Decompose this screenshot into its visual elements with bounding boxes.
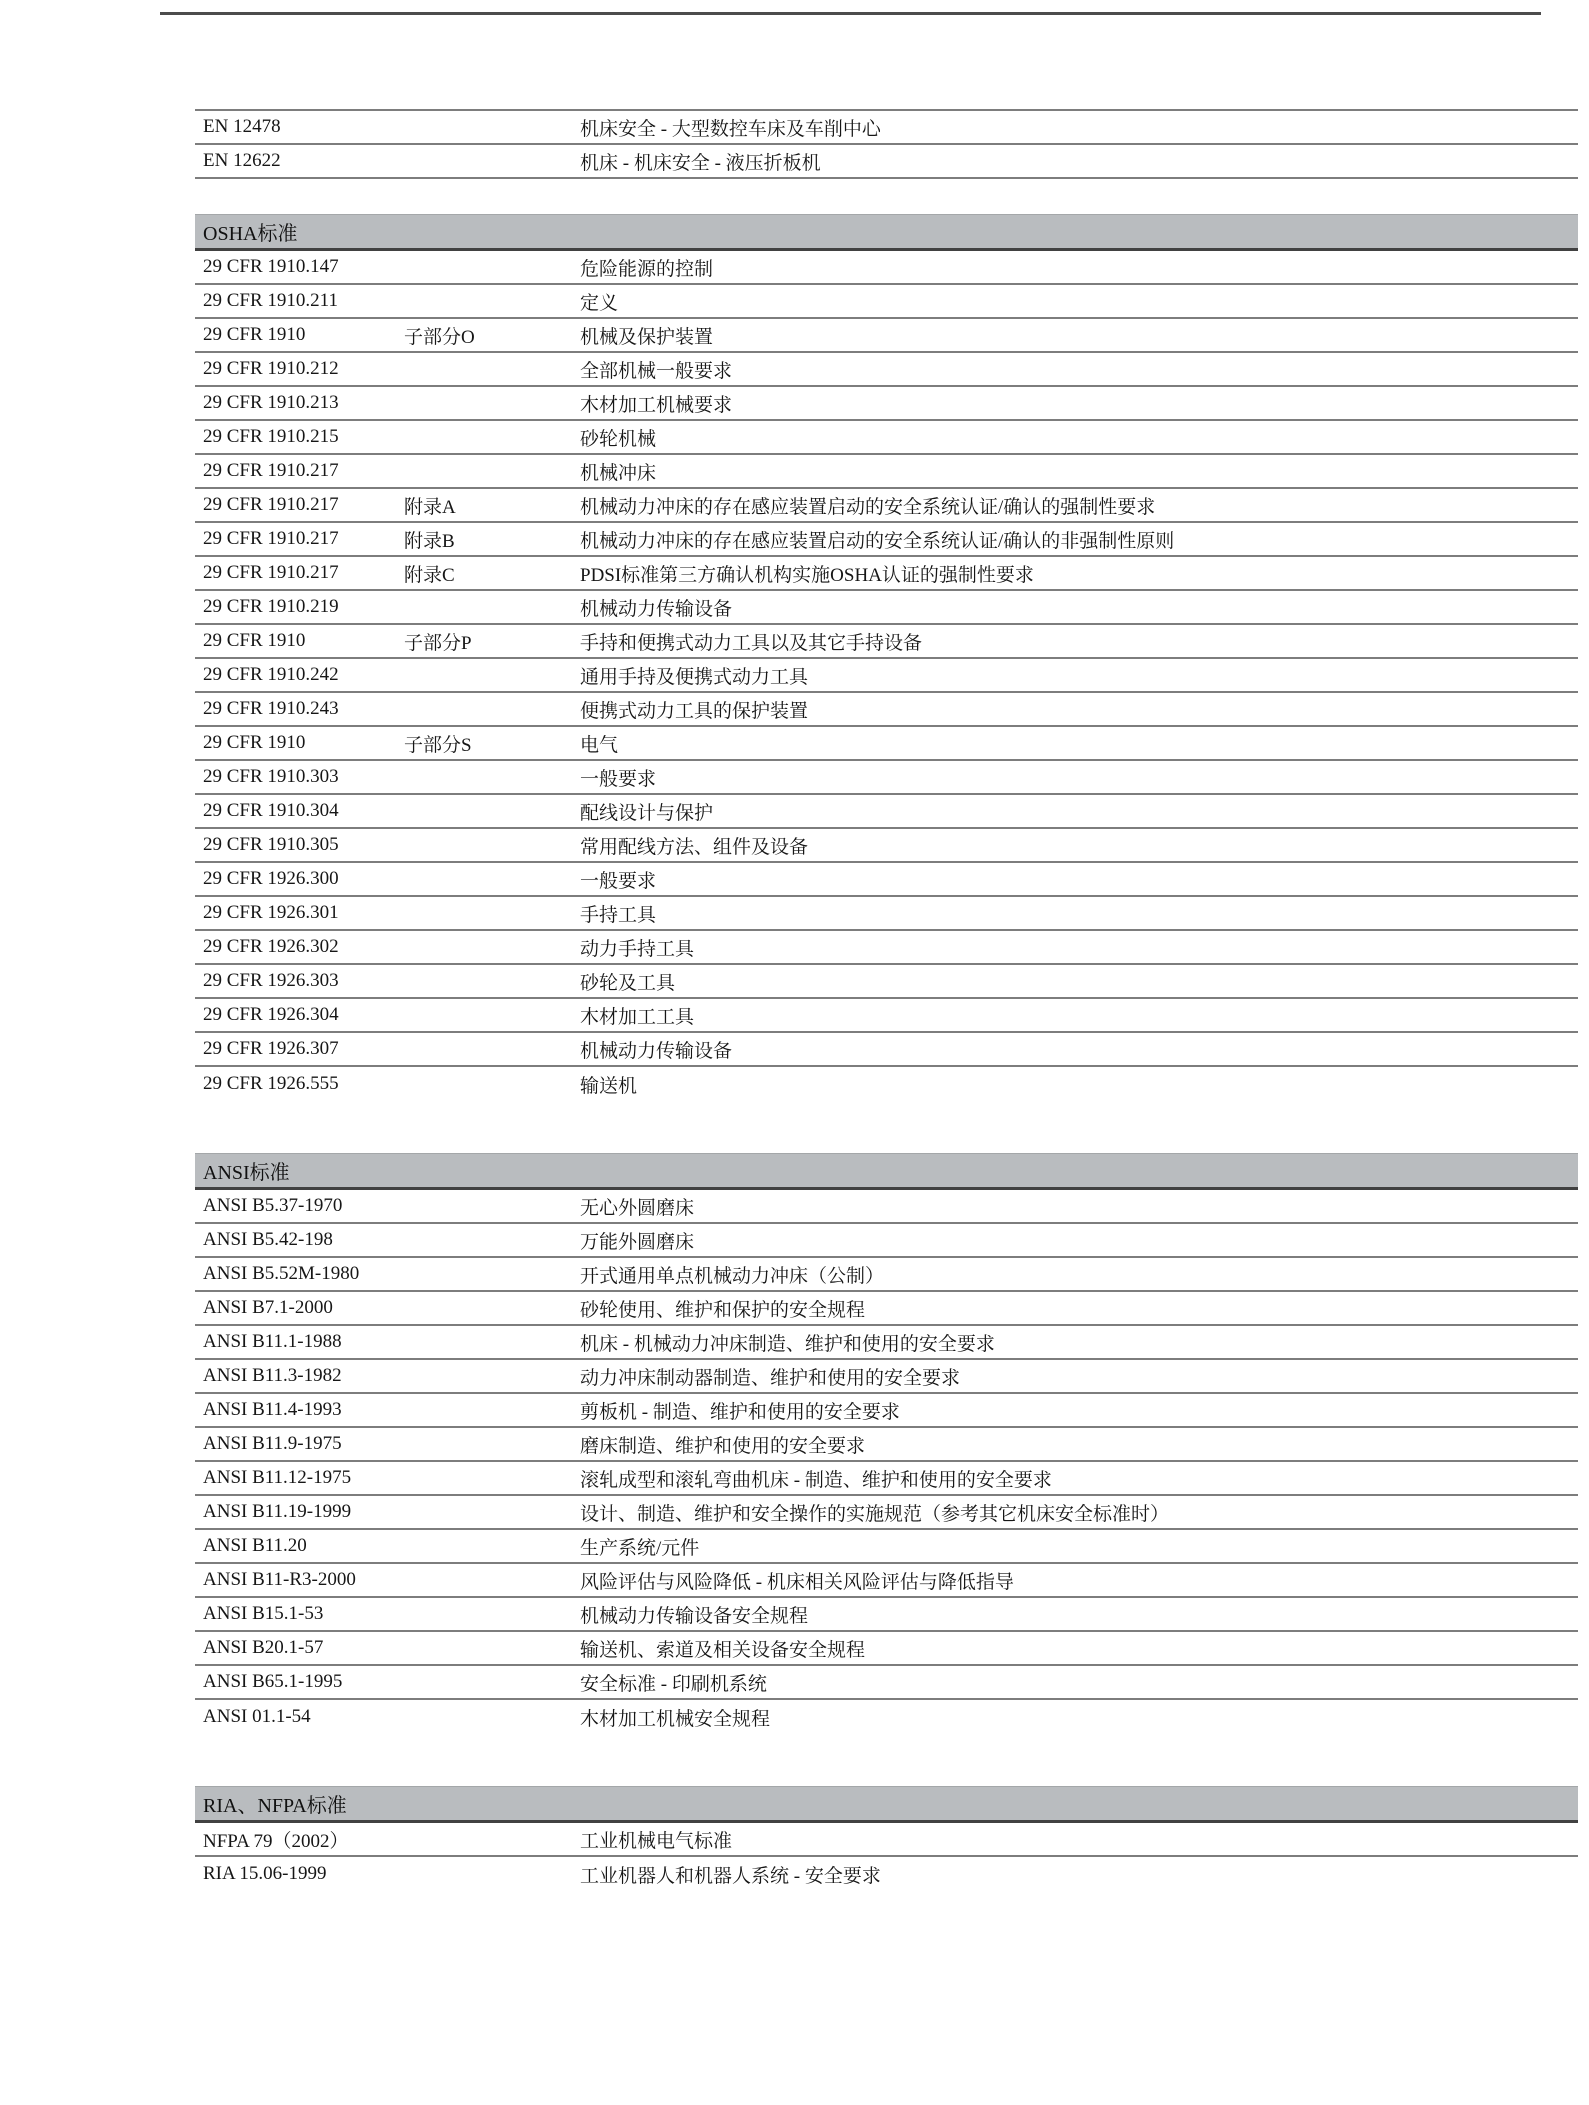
standard-desc-cell: 工业机器人和机器人系统 - 安全要求 [580, 1861, 1578, 1888]
standard-code-cell: ANSI B5.37-1970 [195, 1195, 404, 1217]
table-row: ANSI B5.52M-1980开式通用单点机械动力冲床（公制） [195, 1258, 1578, 1292]
standard-desc-cell: 开式通用单点机械动力冲床（公制） [580, 1261, 1578, 1288]
standard-code-cell: 29 CFR 1910.217 [195, 562, 404, 584]
standard-code-cell: 29 CFR 1910 [195, 630, 404, 652]
table-row: EN 12478机床安全 - 大型数控车床及车削中心 [195, 111, 1578, 145]
table-row: 29 CFR 1910.217附录B机械动力冲床的存在感应装置启动的安全系统认证… [195, 523, 1578, 557]
table-osha-standards: 29 CFR 1910.147危险能源的控制29 CFR 1910.211定义2… [195, 251, 1578, 1101]
standard-code-cell: ANSI B5.52M-1980 [195, 1263, 404, 1285]
standard-code-cell: EN 12622 [195, 150, 404, 172]
table-row: 29 CFR 1910.219机械动力传输设备 [195, 591, 1578, 625]
section-header-label: ANSI标准 [203, 1156, 290, 1185]
standard-code-cell: ANSI B65.1-1995 [195, 1671, 404, 1693]
standard-code-cell: ANSI B11.20 [195, 1535, 404, 1557]
standard-desc-cell: 剪板机 - 制造、维护和使用的安全要求 [580, 1397, 1578, 1424]
standard-desc-cell: 全部机械一般要求 [580, 356, 1578, 383]
table-row: ANSI B11.19-1999设计、制造、维护和安全操作的实施规范（参考其它机… [195, 1496, 1578, 1530]
standard-code-cell: ANSI B7.1-2000 [195, 1297, 404, 1319]
standard-code-cell: 29 CFR 1910.147 [195, 256, 404, 278]
standard-code-cell: 29 CFR 1926.303 [195, 970, 404, 992]
standard-code-cell: 29 CFR 1910.217 [195, 460, 404, 482]
standard-desc-cell: 机械动力传输设备 [580, 594, 1578, 621]
standard-desc-cell: 机械动力冲床的存在感应装置启动的安全系统认证/确认的强制性要求 [580, 492, 1578, 519]
standard-code-cell: RIA 15.06-1999 [195, 1863, 404, 1885]
standard-desc-cell: 危险能源的控制 [580, 254, 1578, 281]
table-row: ANSI B15.1-53机械动力传输设备安全规程 [195, 1598, 1578, 1632]
standard-code-cell: ANSI B11.9-1975 [195, 1433, 404, 1455]
standard-code-cell: 29 CFR 1910.212 [195, 358, 404, 380]
standard-code-cell: ANSI B11.19-1999 [195, 1501, 404, 1523]
table-row: 29 CFR 1910.242通用手持及便携式动力工具 [195, 659, 1578, 693]
standard-sub-cell: 子部分O [404, 322, 580, 349]
standard-desc-cell: 机械及保护装置 [580, 322, 1578, 349]
standard-code-cell: 29 CFR 1926.304 [195, 1004, 404, 1026]
table-row: 29 CFR 1926.303砂轮及工具 [195, 965, 1578, 999]
standard-code-cell: ANSI 01.1-54 [195, 1706, 404, 1728]
table-row: ANSI 01.1-54木材加工机械安全规程 [195, 1700, 1578, 1734]
standard-desc-cell: 木材加工机械要求 [580, 390, 1578, 417]
standard-code-cell: 29 CFR 1910.219 [195, 596, 404, 618]
standard-desc-cell: 输送机、索道及相关设备安全规程 [580, 1635, 1578, 1662]
standard-code-cell: 29 CFR 1910.213 [195, 392, 404, 414]
standard-code-cell: 29 CFR 1926.300 [195, 868, 404, 890]
section-header-label: OSHA标准 [203, 217, 297, 246]
standards-table-region: EN 12478机床安全 - 大型数控车床及车削中心EN 12622机床 - 机… [195, 0, 1578, 1891]
table-ansi-standards: ANSI B5.37-1970无心外圆磨床ANSI B5.42-198万能外圆磨… [195, 1190, 1578, 1734]
standard-code-cell: ANSI B11.4-1993 [195, 1399, 404, 1421]
table-row: NFPA 79（2002）工业机械电气标准 [195, 1823, 1578, 1857]
standard-code-cell: 29 CFR 1910.217 [195, 528, 404, 550]
table-row: 29 CFR 1926.300一般要求 [195, 863, 1578, 897]
section-header-ansi-standards: ANSI标准 [195, 1153, 1578, 1190]
table-row: ANSI B11.12-1975滚轧成型和滚轧弯曲机床 - 制造、维护和使用的安… [195, 1462, 1578, 1496]
standard-sub-cell: 子部分S [404, 730, 580, 757]
standard-code-cell: 29 CFR 1910 [195, 732, 404, 754]
table-row: 29 CFR 1910子部分S电气 [195, 727, 1578, 761]
table-row: EN 12622机床 - 机床安全 - 液压折板机 [195, 145, 1578, 179]
standard-desc-cell: 无心外圆磨床 [580, 1193, 1578, 1220]
standard-desc-cell: 机械动力传输设备 [580, 1036, 1578, 1063]
standard-desc-cell: 手持工具 [580, 900, 1578, 927]
standard-code-cell: 29 CFR 1910.303 [195, 766, 404, 788]
standard-desc-cell: 动力手持工具 [580, 934, 1578, 961]
standard-desc-cell: 一般要求 [580, 764, 1578, 791]
standard-desc-cell: 工业机械电气标准 [580, 1826, 1578, 1853]
standard-code-cell: ANSI B11-R3-2000 [195, 1569, 404, 1591]
standard-code-cell: 29 CFR 1910.243 [195, 698, 404, 720]
standard-code-cell: ANSI B11.3-1982 [195, 1365, 404, 1387]
table-row: 29 CFR 1926.307机械动力传输设备 [195, 1033, 1578, 1067]
standard-code-cell: 29 CFR 1926.307 [195, 1038, 404, 1060]
table-row: 29 CFR 1910.243便携式动力工具的保护装置 [195, 693, 1578, 727]
table-row: 29 CFR 1926.304木材加工工具 [195, 999, 1578, 1033]
standard-sub-cell: 附录C [404, 560, 580, 587]
table-row: ANSI B65.1-1995安全标准 - 印刷机系统 [195, 1666, 1578, 1700]
standard-code-cell: ANSI B11.1-1988 [195, 1331, 404, 1353]
standard-desc-cell: 机床安全 - 大型数控车床及车削中心 [580, 114, 1578, 141]
standard-code-cell: ANSI B20.1-57 [195, 1637, 404, 1659]
table-row: ANSI B11.4-1993剪板机 - 制造、维护和使用的安全要求 [195, 1394, 1578, 1428]
standard-desc-cell: 通用手持及便携式动力工具 [580, 662, 1578, 689]
standard-desc-cell: 动力冲床制动器制造、维护和使用的安全要求 [580, 1363, 1578, 1390]
table-row: ANSI B11.20生产系统/元件 [195, 1530, 1578, 1564]
standard-code-cell: ANSI B15.1-53 [195, 1603, 404, 1625]
table-row: 29 CFR 1926.555输送机 [195, 1067, 1578, 1101]
standard-desc-cell: 磨床制造、维护和使用的安全要求 [580, 1431, 1578, 1458]
table-ria-nfpa-standards: NFPA 79（2002）工业机械电气标准RIA 15.06-1999工业机器人… [195, 1823, 1578, 1891]
standard-code-cell: NFPA 79（2002） [195, 1826, 404, 1853]
standard-code-cell: 29 CFR 1910.304 [195, 800, 404, 822]
table-row: 29 CFR 1910.215砂轮机械 [195, 421, 1578, 455]
standard-desc-cell: 输送机 [580, 1071, 1578, 1098]
standard-desc-cell: 定义 [580, 288, 1578, 315]
table-en-standards: EN 12478机床安全 - 大型数控车床及车削中心EN 12622机床 - 机… [195, 109, 1578, 179]
table-row: 29 CFR 1910.217附录CPDSI标准第三方确认机构实施OSHA认证的… [195, 557, 1578, 591]
table-row: ANSI B20.1-57输送机、索道及相关设备安全规程 [195, 1632, 1578, 1666]
standard-code-cell: 29 CFR 1910.305 [195, 834, 404, 856]
standard-code-cell: 29 CFR 1910.217 [195, 494, 404, 516]
table-row: ANSI B11.9-1975磨床制造、维护和使用的安全要求 [195, 1428, 1578, 1462]
standard-desc-cell: 生产系统/元件 [580, 1533, 1578, 1560]
table-row: ANSI B5.37-1970无心外圆磨床 [195, 1190, 1578, 1224]
standard-code-cell: 29 CFR 1926.301 [195, 902, 404, 924]
standard-code-cell: 29 CFR 1926.555 [195, 1073, 404, 1095]
table-row: 29 CFR 1910.211定义 [195, 285, 1578, 319]
table-row: 29 CFR 1910.217附录A机械动力冲床的存在感应装置启动的安全系统认证… [195, 489, 1578, 523]
standard-code-cell: EN 12478 [195, 116, 404, 138]
standard-desc-cell: 手持和便携式动力工具以及其它手持设备 [580, 628, 1578, 655]
standard-desc-cell: 木材加工机械安全规程 [580, 1704, 1578, 1731]
standard-desc-cell: 砂轮及工具 [580, 968, 1578, 995]
section-header-label: RIA、NFPA标准 [203, 1789, 347, 1818]
standard-desc-cell: 砂轮使用、维护和保护的安全规程 [580, 1295, 1578, 1322]
standard-sub-cell: 附录B [404, 526, 580, 553]
standard-desc-cell: 配线设计与保护 [580, 798, 1578, 825]
standard-desc-cell: 万能外圆磨床 [580, 1227, 1578, 1254]
standard-desc-cell: 机床 - 机床安全 - 液压折板机 [580, 148, 1578, 175]
standard-desc-cell: 常用配线方法、组件及设备 [580, 832, 1578, 859]
table-row: 29 CFR 1910子部分P手持和便携式动力工具以及其它手持设备 [195, 625, 1578, 659]
table-row: 29 CFR 1926.302动力手持工具 [195, 931, 1578, 965]
section-header-osha-standards: OSHA标准 [195, 214, 1578, 251]
table-row: 29 CFR 1910.212全部机械一般要求 [195, 353, 1578, 387]
table-row: ANSI B11.1-1988机床 - 机械动力冲床制造、维护和使用的安全要求 [195, 1326, 1578, 1360]
table-row: 29 CFR 1910.147危险能源的控制 [195, 251, 1578, 285]
standard-desc-cell: 砂轮机械 [580, 424, 1578, 451]
standard-code-cell: ANSI B11.12-1975 [195, 1467, 404, 1489]
standard-desc-cell: 便携式动力工具的保护装置 [580, 696, 1578, 723]
standard-sub-cell: 子部分P [404, 628, 580, 655]
standard-desc-cell: 设计、制造、维护和安全操作的实施规范（参考其它机床安全标准时） [580, 1499, 1578, 1526]
standard-desc-cell: 电气 [580, 730, 1578, 757]
standard-desc-cell: 滚轧成型和滚轧弯曲机床 - 制造、维护和使用的安全要求 [580, 1465, 1578, 1492]
standard-desc-cell: 机械动力传输设备安全规程 [580, 1601, 1578, 1628]
standard-code-cell: 29 CFR 1926.302 [195, 936, 404, 958]
table-row: ANSI B11-R3-2000风险评估与风险降低 - 机床相关风险评估与降低指… [195, 1564, 1578, 1598]
standard-desc-cell: PDSI标准第三方确认机构实施OSHA认证的强制性要求 [580, 560, 1578, 587]
standard-desc-cell: 风险评估与风险降低 - 机床相关风险评估与降低指导 [580, 1567, 1578, 1594]
standard-code-cell: 29 CFR 1910 [195, 324, 404, 346]
table-row: ANSI B5.42-198万能外圆磨床 [195, 1224, 1578, 1258]
standard-desc-cell: 一般要求 [580, 866, 1578, 893]
section-header-ria-nfpa-standards: RIA、NFPA标准 [195, 1786, 1578, 1823]
table-row: ANSI B7.1-2000砂轮使用、维护和保护的安全规程 [195, 1292, 1578, 1326]
standard-desc-cell: 安全标准 - 印刷机系统 [580, 1669, 1578, 1696]
standard-desc-cell: 机床 - 机械动力冲床制造、维护和使用的安全要求 [580, 1329, 1578, 1356]
standard-code-cell: 29 CFR 1910.242 [195, 664, 404, 686]
table-row: RIA 15.06-1999工业机器人和机器人系统 - 安全要求 [195, 1857, 1578, 1891]
table-row: 29 CFR 1910.213木材加工机械要求 [195, 387, 1578, 421]
table-row: 29 CFR 1910.305常用配线方法、组件及设备 [195, 829, 1578, 863]
standard-code-cell: 29 CFR 1910.215 [195, 426, 404, 448]
standard-code-cell: ANSI B5.42-198 [195, 1229, 404, 1251]
standard-desc-cell: 木材加工工具 [580, 1002, 1578, 1029]
table-row: 29 CFR 1926.301手持工具 [195, 897, 1578, 931]
table-row: 29 CFR 1910.304配线设计与保护 [195, 795, 1578, 829]
document-page: EN 12478机床安全 - 大型数控车床及车削中心EN 12622机床 - 机… [0, 0, 1589, 2105]
table-row: 29 CFR 1910.217机械冲床 [195, 455, 1578, 489]
table-row: 29 CFR 1910.303一般要求 [195, 761, 1578, 795]
table-row: 29 CFR 1910子部分O机械及保护装置 [195, 319, 1578, 353]
standard-desc-cell: 机械冲床 [580, 458, 1578, 485]
standard-sub-cell: 附录A [404, 492, 580, 519]
standard-desc-cell: 机械动力冲床的存在感应装置启动的安全系统认证/确认的非强制性原则 [580, 526, 1578, 553]
table-row: ANSI B11.3-1982动力冲床制动器制造、维护和使用的安全要求 [195, 1360, 1578, 1394]
standard-code-cell: 29 CFR 1910.211 [195, 290, 404, 312]
